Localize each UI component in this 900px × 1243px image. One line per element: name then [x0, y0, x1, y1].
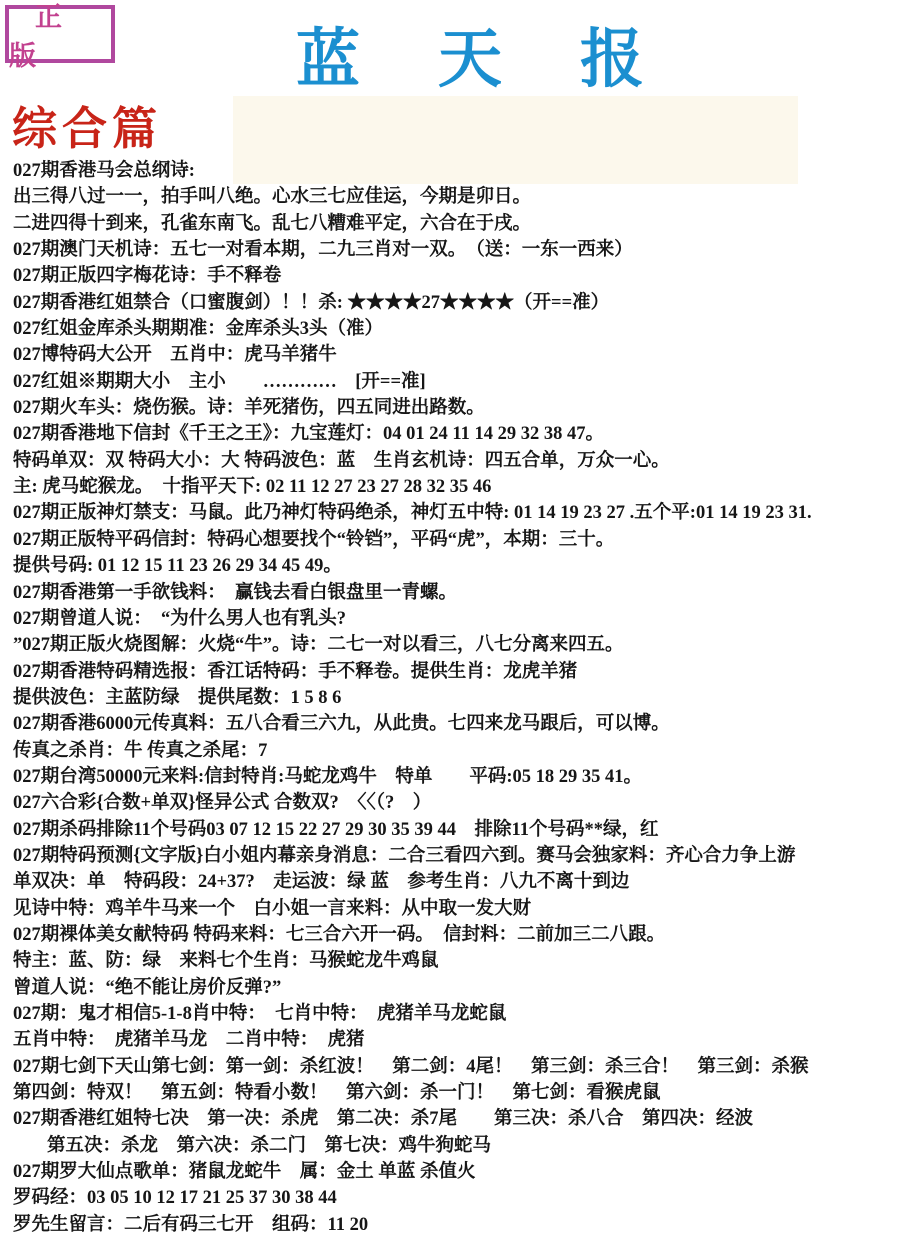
- text-line: 罗先生留言：二后有码三七开 组码：11 20: [13, 1212, 900, 1238]
- text-line: 027期特码预测{文字版}白小姐内幕亲身消息：二合三看四六到。赛马会独家料：齐心…: [13, 843, 900, 869]
- text-line: 见诗中特：鸡羊牛马来一个 白小姐一言来料：从中取一发大财: [13, 896, 900, 922]
- text-line: 027期裸体美女献特码 特码来料：七三合六开一码。 信封料：二前加三二八跟。: [13, 922, 900, 948]
- text-line: 主: 虎马蛇猴龙。 十指平天下: 02 11 12 27 23 27 28 32…: [13, 474, 900, 500]
- text-line: 提供波色：主蓝防绿 提供尾数：1 5 8 6: [13, 685, 900, 711]
- text-line: 027红姐金库杀头期期准：金库杀头3头（准）: [13, 316, 900, 342]
- text-line: 罗码经：03 05 10 12 17 21 25 37 30 38 44: [13, 1185, 900, 1211]
- text-line: 027期香港马会总纲诗:: [13, 158, 900, 184]
- text-line: 第五决：杀龙 第六决：杀二门 第七决：鸡牛狗蛇马: [13, 1133, 900, 1159]
- text-line: 027期罗大仙点歌单：猪鼠龙蛇牛 属：金土 单蓝 杀值火: [13, 1159, 900, 1185]
- text-line: 提供号码: 01 12 15 11 23 26 29 34 45 49。: [13, 553, 900, 579]
- text-line: 027期香港6000元传真料：五八合看三六九，从此贵。七四来龙马跟后，可以博。: [13, 711, 900, 737]
- text-line: 027期曾道人说： “为什么男人也有乳头?: [13, 606, 900, 632]
- text-line: 027期香港特码精选报：香江话特码：手不释卷。提供生肖：龙虎羊猪: [13, 659, 900, 685]
- text-line: 传真之杀肖：牛 传真之杀尾：7: [13, 738, 900, 764]
- text-line: 027博特码大公开 五肖中：虎马羊猪牛: [13, 342, 900, 368]
- badge-label: 正版: [9, 0, 111, 73]
- text-line: 027红姐※期期大小 主小 ………… [开==准]: [13, 369, 900, 395]
- text-line: 027期香港第一手欲钱料： 赢钱去看白银盘里一青螺。: [13, 580, 900, 606]
- text-line: 027期香港地下信封《千王之王》：九宝莲灯：04 01 24 11 14 29 …: [13, 421, 900, 447]
- text-line: 出三得八过一一，拍手叫八绝。心水三七应佳运，今期是卯日。: [13, 184, 900, 210]
- text-line: 027期澳门天机诗：五七一对看本期，二九三肖对一双。 （送：一东一西来）: [13, 237, 900, 263]
- text-line: ”027期正版火烧图解：火烧“牛”。诗：二七一对以看三，八七分离来四五。: [13, 632, 900, 658]
- text-line: 027期：鬼才相信5-1-8肖中特： 七肖中特： 虎猪羊马龙蛇鼠: [13, 1001, 900, 1027]
- text-line: 027期香港红姐禁合（口蜜腹剑）！！杀: ★★★★27★★★★（开==准）: [13, 290, 900, 316]
- authentic-edition-badge: 正版: [5, 5, 115, 63]
- text-line: 曾道人说：“绝不能让房价反弹?”: [13, 975, 900, 1001]
- text-line: 027期杀码排除11个号码03 07 12 15 22 27 29 30 35 …: [13, 817, 900, 843]
- text-line: 027期火车头：烧伤猴。诗：羊死猪伤，四五同进出路数。: [13, 395, 900, 421]
- text-line: 027期正版四字梅花诗：手不释卷: [13, 263, 900, 289]
- text-line: 027期正版神灯禁支：马鼠。此乃神灯特码绝杀，神灯五中特: 01 14 19 2…: [13, 500, 900, 526]
- page-title: 蓝天报: [296, 8, 722, 100]
- text-line: 027期香港红姐特七决 第一决：杀虎 第二决：杀7尾 第三决：杀八合 第四决：经…: [13, 1106, 900, 1132]
- text-line: 第四剑：特双！ 第五剑：特看小数！ 第六剑：杀一门！ 第七剑：看猴虎鼠: [13, 1080, 900, 1106]
- text-line: 027期七剑下天山第七剑：第一剑：杀红波！ 第二剑：4尾！ 第三剑：杀三合！ 第…: [13, 1054, 900, 1080]
- text-line: 027期台湾50000元来料:信封特肖:马蛇龙鸡牛 特单 平码:05 18 29…: [13, 764, 900, 790]
- text-line: 027期正版特平码信封：特码心想要找个“铃铛”，平码“虎”，本期：三十。: [13, 527, 900, 553]
- tips-text-block: 027期香港马会总纲诗:出三得八过一一，拍手叫八绝。心水三七应佳运，今期是卯日。…: [13, 158, 900, 1241]
- text-line: 027六合彩{合数+单双}怪异公式 合数双? 〈〈（? ）: [13, 790, 900, 816]
- text-line: 五肖中特： 虎猪羊马龙 二肖中特： 虎猪: [13, 1027, 900, 1053]
- text-line: 特码单双：双 特码大小：大 特码波色：蓝 生肖玄机诗：四五合单，万众一心。: [13, 448, 900, 474]
- text-line: 二进四得十到来，孔雀东南飞。乱七八糟难平定，六合在于戌。: [13, 211, 900, 237]
- text-line: 特主：蓝、防：绿 来料七个生肖：马猴蛇龙牛鸡鼠: [13, 948, 900, 974]
- section-title: 综合篇: [12, 92, 162, 157]
- newspaper-page: { "page": { "badge_label": "正版", "title"…: [0, 0, 900, 1243]
- text-line: 单双决：单 特码段：24+37? 走运波：绿 蓝 参考生肖：八九不离十到边: [13, 869, 900, 895]
